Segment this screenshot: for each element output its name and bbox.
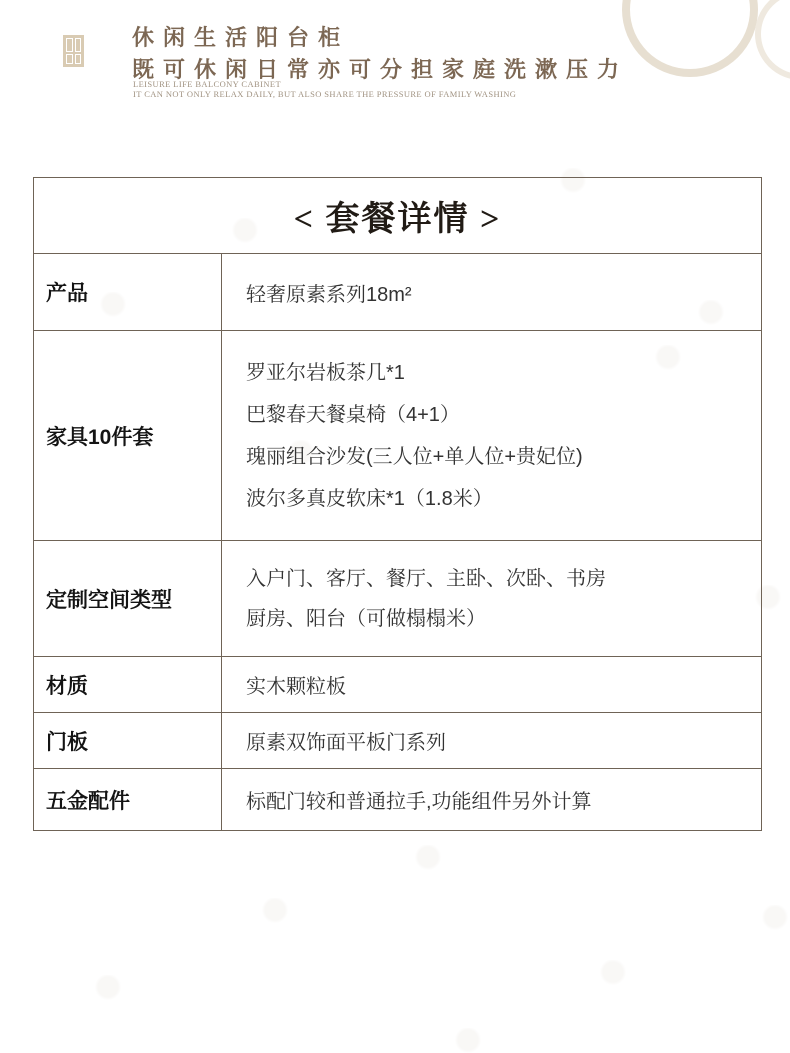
content-line: 轻奢原素系列18m²	[246, 278, 761, 307]
header-title: 休闲生活阳台柜 既可休闲日常亦可分担家庭洗漱压力	[132, 22, 628, 86]
circle-decoration-edge	[755, 0, 790, 80]
table-row-space-types: 定制空间类型 入户门、客厅、餐厅、主卧、次卧、书房 厨房、阳台（可做榻榻米）	[34, 541, 761, 657]
row-content: 轻奢原素系列18m²	[222, 254, 761, 330]
row-label: 门板	[34, 713, 222, 768]
header-subtitle: LEISURE LIFE BALCONY CABINET IT CAN NOT …	[133, 79, 516, 99]
content-line: 巴黎春天餐桌椅（4+1）	[246, 394, 761, 436]
watermark-icon	[415, 845, 441, 875]
watermark-icon	[762, 905, 788, 935]
content-line: 实木颗粒板	[246, 670, 761, 699]
row-content: 实木颗粒板	[222, 657, 761, 712]
row-label: 定制空间类型	[34, 541, 222, 656]
content-line: 波尔多真皮软床*1（1.8米）	[246, 478, 761, 520]
content-line: 入户门、客厅、餐厅、主卧、次卧、书房	[246, 559, 761, 599]
row-content: 标配门较和普通拉手,功能组件另外计算	[222, 769, 761, 830]
package-detail-table: < 套餐详情 > 产品 轻奢原素系列18m² 家具10件套 罗亚尔岩板茶几*1 …	[33, 177, 762, 831]
content-line: 罗亚尔岩板茶几*1	[246, 352, 761, 394]
table-row-furniture-set: 家具10件套 罗亚尔岩板茶几*1 巴黎春天餐桌椅（4+1） 瑰丽组合沙发(三人位…	[34, 331, 761, 541]
header-subtitle-line1: LEISURE LIFE BALCONY CABINET	[133, 79, 516, 89]
page-header: 休闲生活阳台柜 既可休闲日常亦可分担家庭洗漱压力 LEISURE LIFE BA…	[0, 0, 790, 177]
row-label: 产品	[34, 254, 222, 330]
row-content: 入户门、客厅、餐厅、主卧、次卧、书房 厨房、阳台（可做榻榻米）	[222, 541, 761, 656]
table-row-product: 产品 轻奢原素系列18m²	[34, 254, 761, 331]
table-row-hardware: 五金配件 标配门较和普通拉手,功能组件另外计算	[34, 769, 761, 830]
content-line: 原素双饰面平板门系列	[246, 726, 761, 755]
row-label: 五金配件	[34, 769, 222, 830]
header-subtitle-line2: IT CAN NOT ONLY RELAX DAILY, BUT ALSO SH…	[133, 89, 516, 99]
table-row-material: 材质 实木颗粒板	[34, 657, 761, 713]
watermark-icon	[95, 975, 121, 1005]
content-line: 厨房、阳台（可做榻榻米）	[246, 599, 761, 639]
watermark-icon	[600, 960, 626, 990]
watermark-icon	[262, 898, 288, 928]
content-line: 瑰丽组合沙发(三人位+单人位+贵妃位)	[246, 436, 761, 478]
row-content: 罗亚尔岩板茶几*1 巴黎春天餐桌椅（4+1） 瑰丽组合沙发(三人位+单人位+贵妃…	[222, 331, 761, 540]
row-label: 材质	[34, 657, 222, 712]
door-icon	[63, 35, 84, 67]
header-title-line1: 休闲生活阳台柜	[132, 22, 628, 54]
table-title: < 套餐详情 >	[34, 178, 761, 254]
table-row-door-panel: 门板 原素双饰面平板门系列	[34, 713, 761, 769]
watermark-icon	[455, 1028, 481, 1053]
row-label: 家具10件套	[34, 331, 222, 540]
row-content: 原素双饰面平板门系列	[222, 713, 761, 768]
circle-decoration	[622, 0, 758, 77]
content-line: 标配门较和普通拉手,功能组件另外计算	[246, 785, 761, 814]
